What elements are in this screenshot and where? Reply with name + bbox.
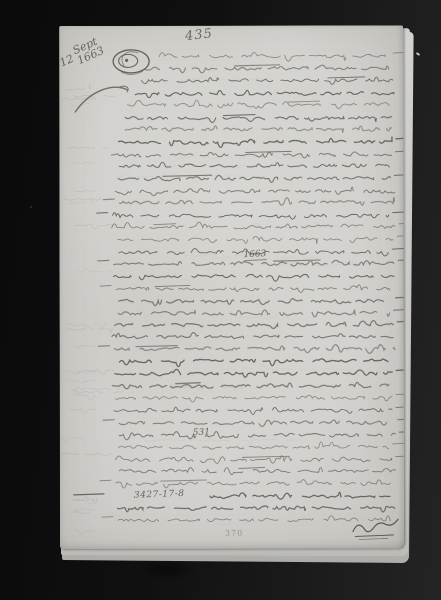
handwriting-stroke (103, 419, 404, 427)
handwriting-stroke (240, 316, 289, 318)
handwriting-stroke (119, 297, 404, 305)
handwriting-stroke (73, 497, 97, 504)
handwriting-stroke (119, 162, 389, 168)
handwriting-stroke (74, 530, 93, 535)
handwriting-stroke (70, 200, 93, 204)
handwriting-stroke (72, 391, 123, 393)
folio-number: 370 (225, 529, 243, 538)
handwriting-stroke (118, 442, 403, 450)
handwriting-stroke (119, 467, 395, 475)
inline-amount-figure: 3427-17-8 (134, 489, 185, 501)
handwriting-stroke (135, 90, 394, 98)
handwriting-stroke (112, 332, 393, 339)
handwriting-stroke (98, 345, 394, 354)
handwriting-stroke (118, 506, 395, 513)
handwriting-stroke (114, 407, 404, 415)
handwriting-stroke (103, 197, 394, 205)
handwriting-stroke (74, 190, 95, 191)
handwriting-stroke (115, 369, 404, 377)
handwriting-stroke (125, 126, 391, 133)
handwriting-stroke (112, 222, 404, 229)
handwriting-stroke (119, 137, 404, 148)
handwriting-stroke (145, 65, 389, 73)
handwriting-stroke (97, 212, 404, 219)
handwriting-stroke (119, 431, 404, 440)
handwriting-stroke (62, 453, 111, 455)
background-smudge (128, 556, 208, 584)
handwriting-stroke (67, 380, 96, 383)
handwriting-stroke (117, 174, 264, 179)
handwriting-stroke (145, 439, 294, 444)
handwriting-stroke (115, 187, 394, 195)
page-number: 435 (184, 26, 213, 44)
handwriting-stroke (113, 274, 394, 281)
margin-flourish (71, 81, 133, 115)
handwriting-stroke (159, 154, 303, 159)
handwriting-stroke (71, 387, 120, 390)
inline-year-figure: 1663 (243, 249, 266, 261)
signature-flourish (348, 517, 402, 543)
handwriting-stroke (112, 382, 388, 388)
handwriting-stroke (116, 455, 404, 463)
handwriting-stroke (159, 52, 404, 61)
handwriting-stroke (118, 310, 404, 318)
manuscript-photo: 12 Sept 1663 435 1663 531 3427-17-8 370 (0, 0, 441, 600)
handwriting-stroke (118, 236, 404, 244)
handwriting-stroke (127, 100, 389, 109)
handwriting-stroke (74, 509, 94, 511)
handwriting-stroke (70, 409, 96, 413)
handwriting-stroke (76, 345, 96, 348)
handwriting-stroke (115, 394, 404, 402)
inline-rod-figure: 531 (193, 427, 211, 438)
handwriting-stroke (118, 175, 404, 183)
handwriting-stroke (74, 492, 390, 499)
dust-dot (30, 206, 32, 208)
handwriting-stroke (185, 76, 271, 80)
initial-ornament (111, 47, 151, 76)
handwriting-stroke (72, 512, 90, 514)
handwriting-stroke (100, 285, 390, 293)
handwriting-stroke (66, 326, 112, 333)
handwriting-stroke (77, 269, 111, 273)
handwriting-stroke (72, 162, 95, 164)
handwriting-stroke (275, 261, 357, 266)
manuscript-page: 12 Sept 1663 435 1663 531 3427-17-8 370 (59, 25, 404, 549)
handwriting-stroke (63, 438, 83, 442)
dust-speck (416, 52, 420, 56)
handwriting-stroke (115, 321, 404, 329)
handwriting-stroke (125, 114, 392, 122)
handwriting-stroke (73, 393, 95, 400)
handwriting-stroke (100, 479, 390, 488)
handwriting-stroke (119, 359, 387, 367)
handwriting-stroke (142, 77, 393, 85)
handwriting-stroke (75, 224, 115, 229)
handwriting-stroke (66, 147, 106, 149)
